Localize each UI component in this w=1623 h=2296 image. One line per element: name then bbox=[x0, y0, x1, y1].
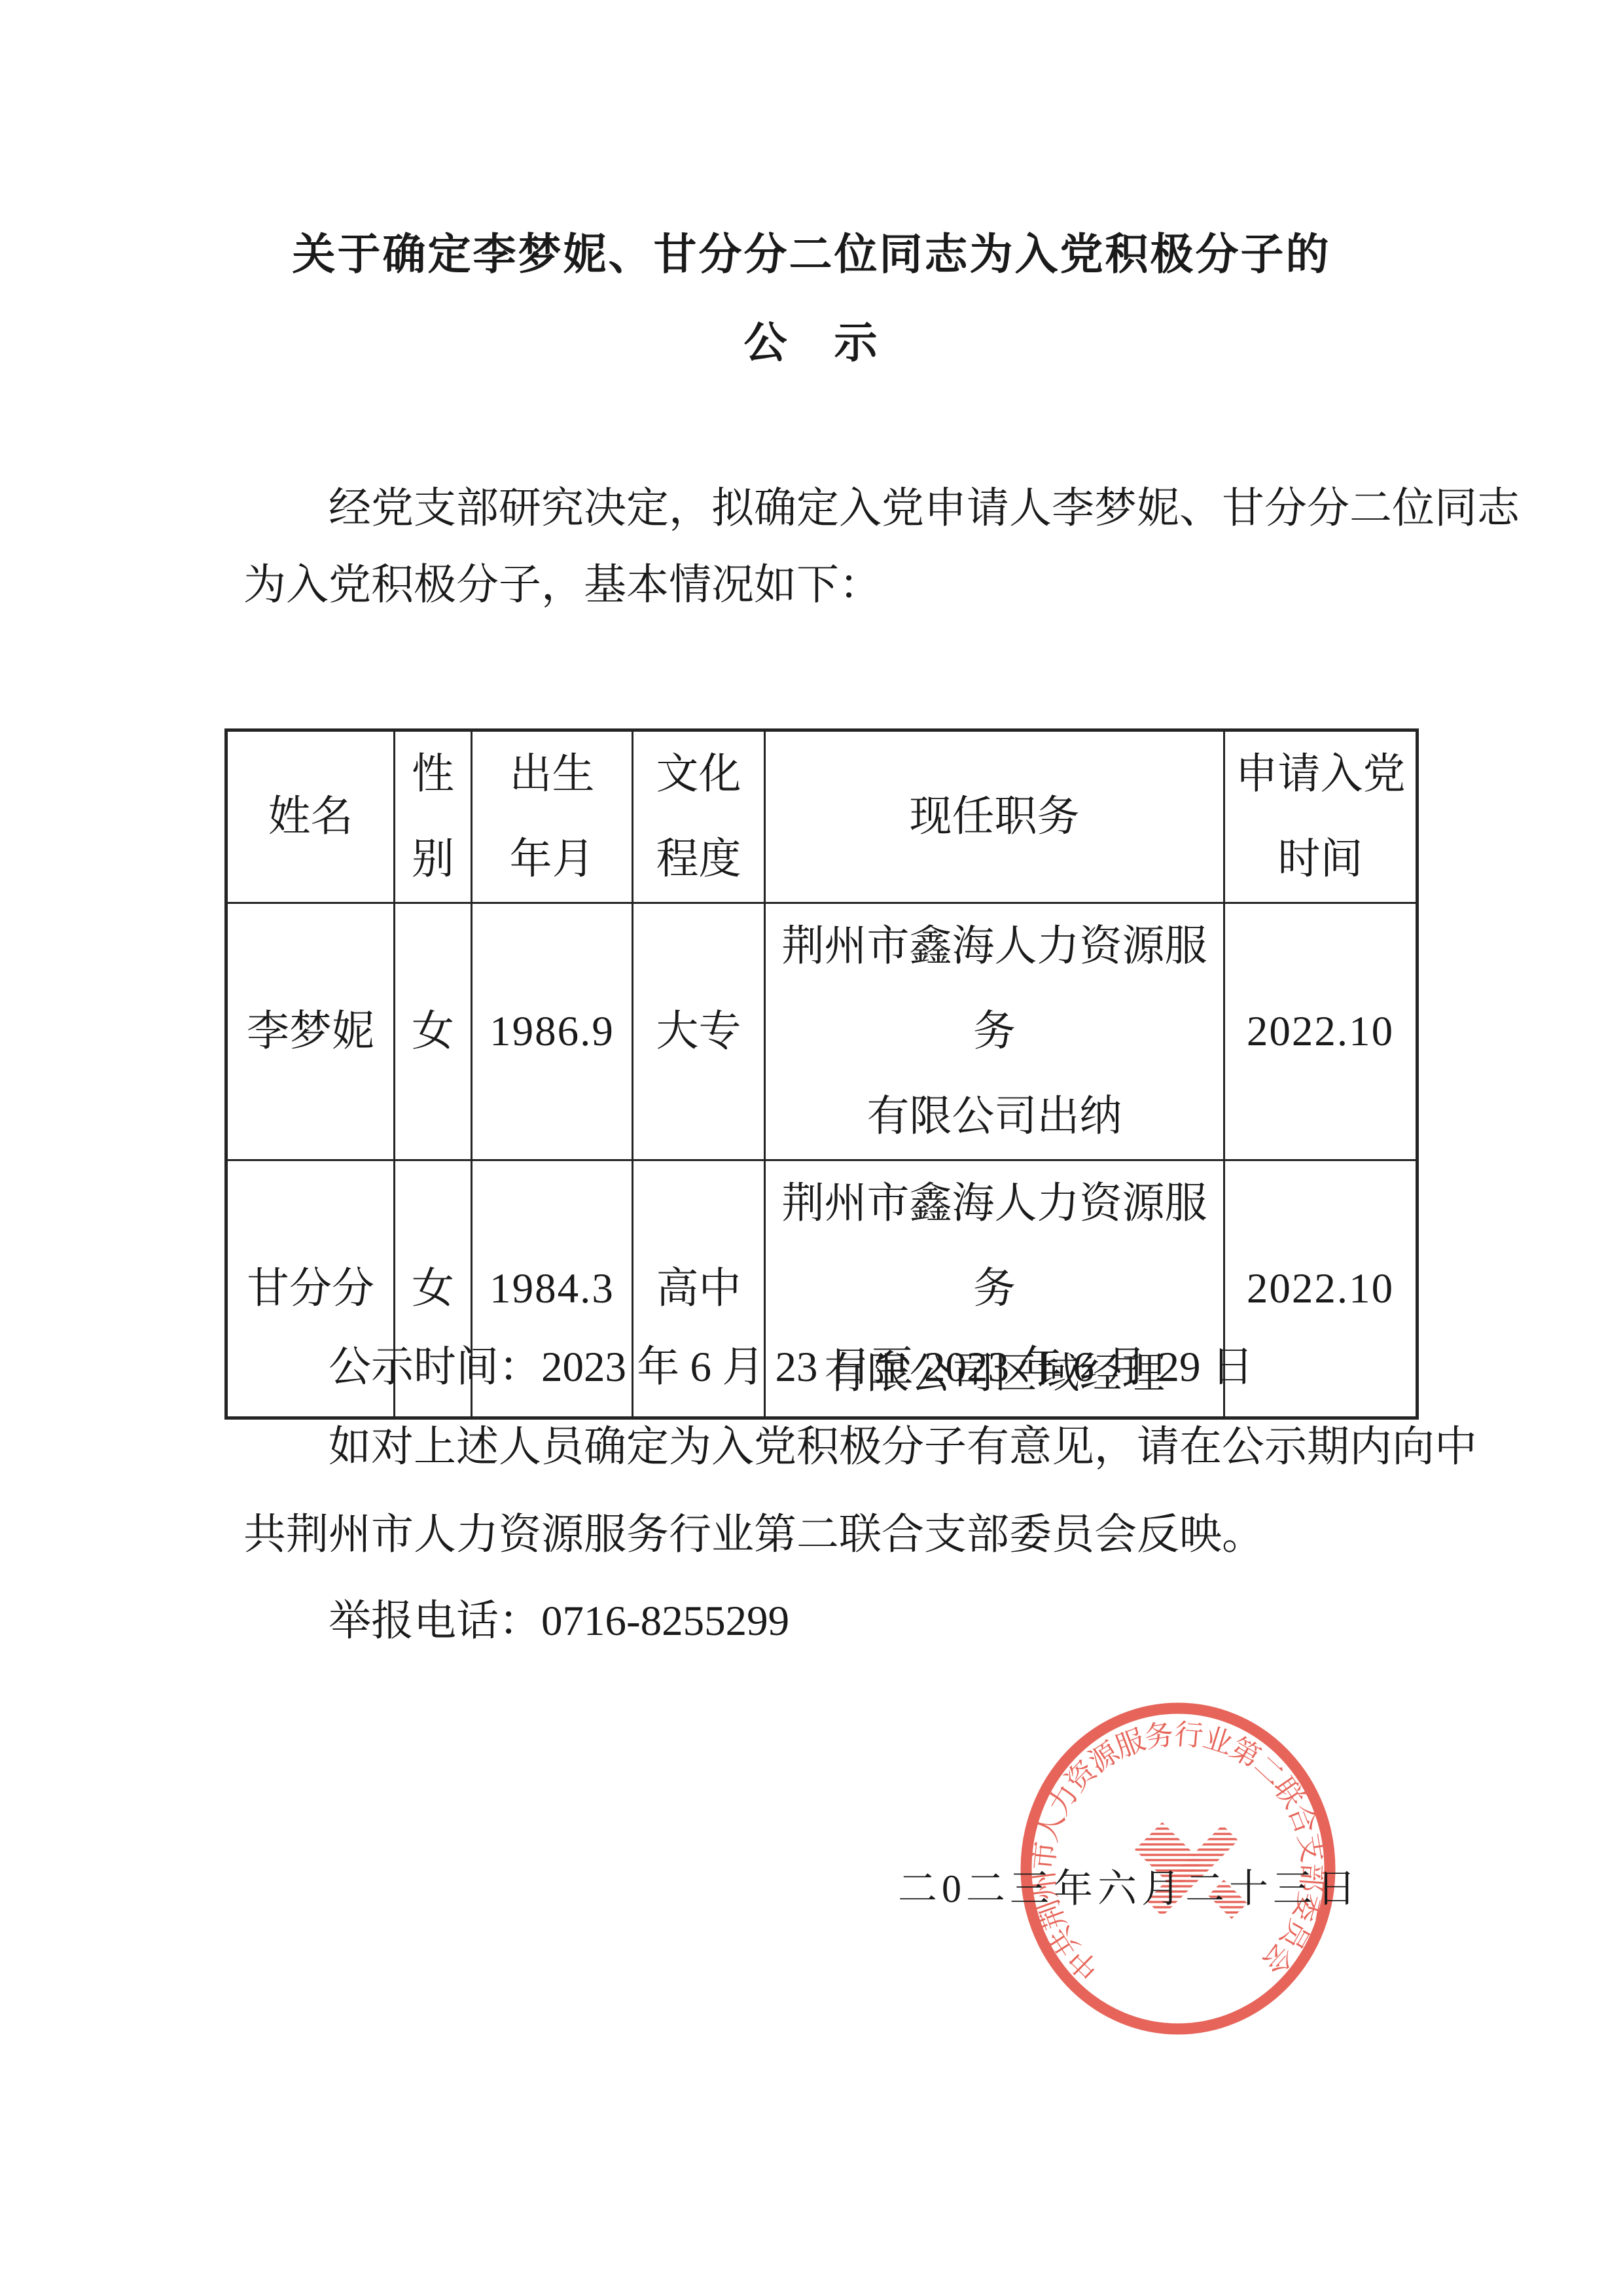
header-name: 姓名 bbox=[226, 730, 395, 903]
cell-education: 大专 bbox=[633, 903, 765, 1160]
header-label: 出生 bbox=[473, 732, 632, 817]
page-title-line1: 关于确定李梦妮、甘分分二位同志为入党积极分子的 bbox=[0, 234, 1623, 277]
candidates-table: 姓名 性 别 出生 年月 文化 程度 现任职务 申请入党 时间 bbox=[224, 728, 1419, 1420]
header-apply-date: 申请入党 时间 bbox=[1224, 730, 1418, 903]
cell-gender: 女 bbox=[395, 903, 472, 1160]
cell-text: 1984.3 bbox=[490, 1265, 615, 1312]
hotline-line: 举报电话：0716-8255299 bbox=[329, 1600, 789, 1643]
objection-line: 共荆州市人力资源服务行业第二联合支部委员会反映。 bbox=[243, 1514, 1264, 1556]
header-label: 现任职务 bbox=[909, 793, 1079, 840]
cell-text: 女 bbox=[412, 1265, 454, 1312]
page-title-line2: 公 示 bbox=[0, 322, 1623, 365]
cell-text: 荆州市鑫海人力资源服务 bbox=[766, 904, 1223, 1074]
cell-text: 甘分分 bbox=[247, 1265, 374, 1312]
cell-text: 大专 bbox=[656, 1008, 741, 1055]
cell-text: 2022.10 bbox=[1247, 1265, 1394, 1312]
header-label: 姓名 bbox=[268, 793, 353, 840]
cell-text: 有限公司出纳 bbox=[766, 1074, 1223, 1159]
header-label: 别 bbox=[395, 817, 471, 902]
notice-period-line: 公示时间：2023 年 6 月 23 日至 2023 年 6 月 29 日 bbox=[329, 1346, 1254, 1389]
cell-name: 李梦妮 bbox=[226, 903, 395, 1160]
objection-line: 如对上述人员确定为入党积极分子有意见，请在公示期内向中 bbox=[329, 1426, 1477, 1469]
header-label: 年月 bbox=[473, 817, 632, 902]
signature-date: 二0二三年六月二十三日 bbox=[898, 1869, 1361, 1909]
cell-text: 1986.9 bbox=[490, 1008, 615, 1055]
header-education: 文化 程度 bbox=[633, 730, 765, 903]
header-birth-date: 出生 年月 bbox=[472, 730, 633, 903]
intro-paragraph-line: 经党支部研究决定，拟确定入党申请人李梦妮、甘分分二位同志 bbox=[329, 488, 1520, 530]
cell-position: 荆州市鑫海人力资源服务 有限公司出纳 bbox=[765, 903, 1224, 1160]
cell-text: 女 bbox=[412, 1008, 454, 1055]
header-gender: 性 别 bbox=[395, 730, 472, 903]
table-header-row: 姓名 性 别 出生 年月 文化 程度 现任职务 申请入党 时间 bbox=[226, 730, 1418, 903]
header-position: 现任职务 bbox=[765, 730, 1224, 903]
header-label: 程度 bbox=[633, 817, 764, 902]
cell-text: 2022.10 bbox=[1247, 1008, 1394, 1055]
header-label: 申请入党 bbox=[1225, 732, 1416, 817]
cell-text: 高中 bbox=[656, 1265, 741, 1312]
cell-apply-date: 2022.10 bbox=[1224, 903, 1418, 1160]
table-row: 李梦妮 女 1986.9 大专 荆州市鑫海人力资源服务 有限公司出纳 2022.… bbox=[226, 903, 1418, 1160]
scanned-notice-page: 关于确定李梦妮、甘分分二位同志为入党积极分子的 公 示 经党支部研究决定，拟确定… bbox=[0, 0, 1623, 2296]
header-label: 文化 bbox=[633, 732, 764, 817]
cell-birth-date: 1986.9 bbox=[472, 903, 633, 1160]
header-label: 时间 bbox=[1225, 817, 1416, 902]
cell-text: 李梦妮 bbox=[247, 1008, 374, 1055]
cell-text: 荆州市鑫海人力资源服务 bbox=[766, 1161, 1223, 1331]
header-label: 性 bbox=[395, 732, 471, 817]
intro-paragraph-line: 为入党积极分子，基本情况如下： bbox=[243, 564, 882, 607]
